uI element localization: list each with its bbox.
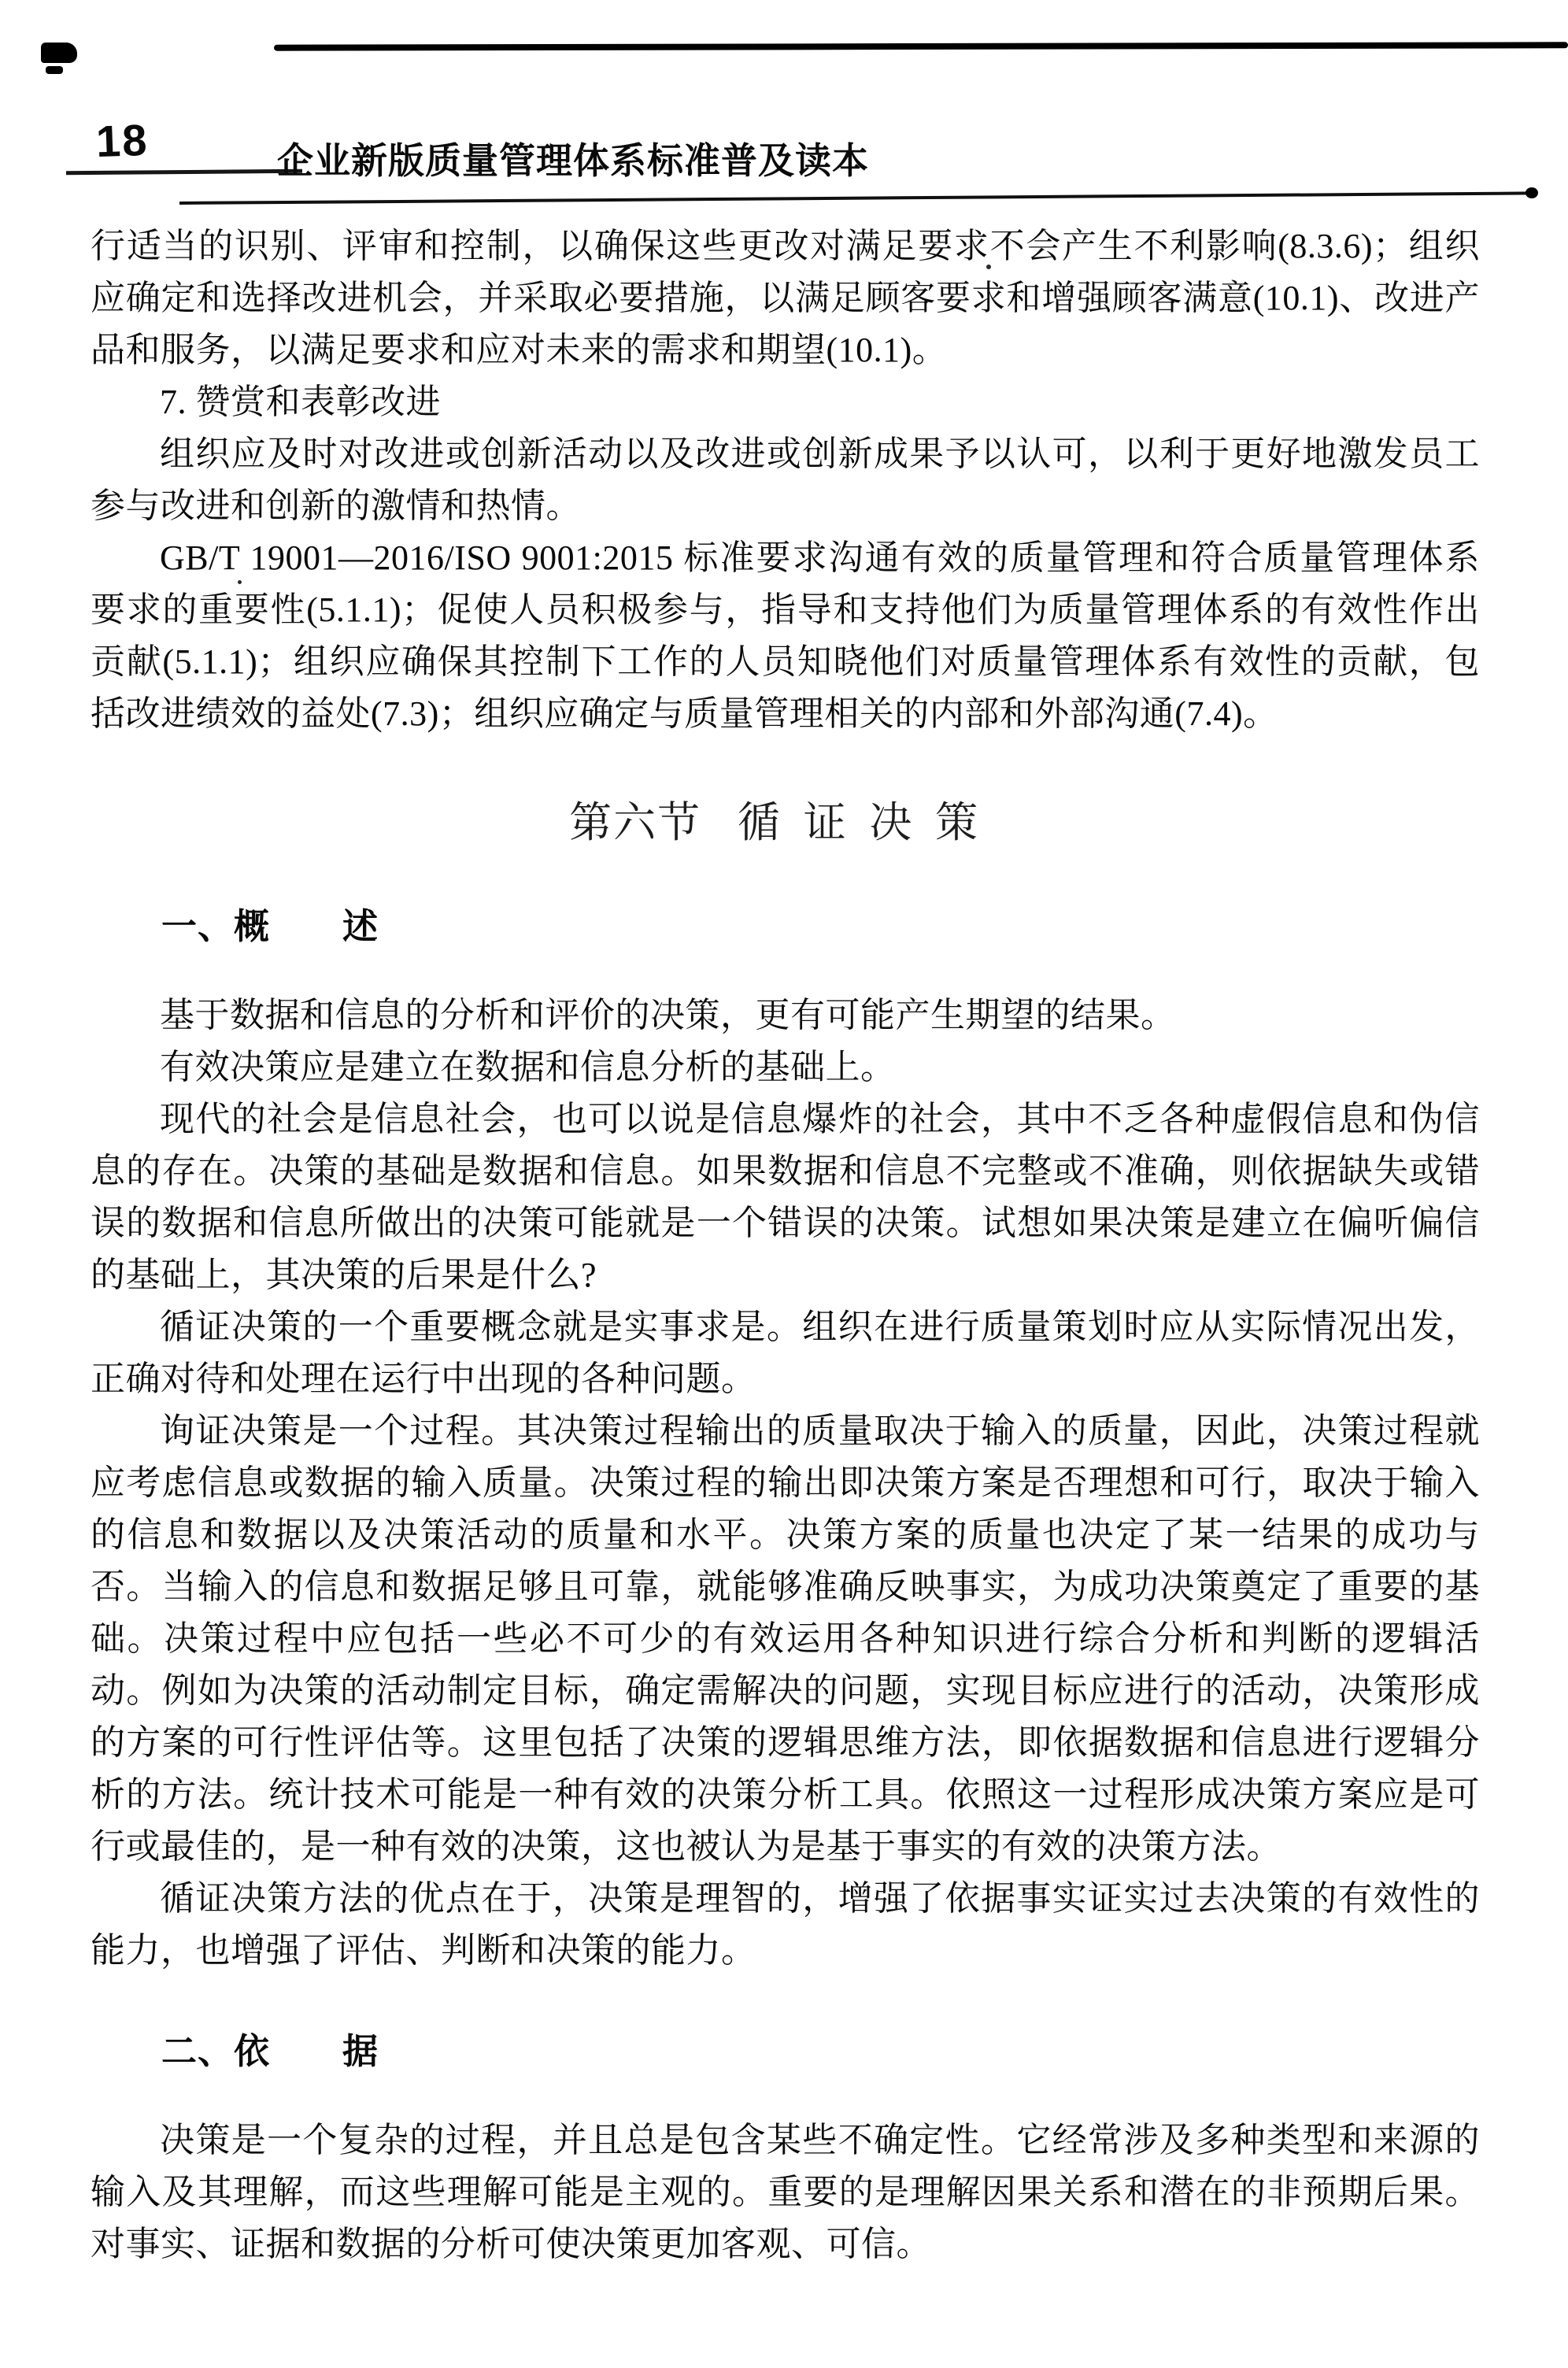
paragraph: 循证决策的一个重要概念就是实事求是。组织在进行质量策划时应从实际情况出发，正确对… [91,1301,1480,1405]
paragraph-carryover: 行适当的识别、评审和控制，以确保这些更改对满足要求不会产生不利影响(8.3.6)… [91,220,1480,376]
paragraph-gbt-standard: GB/T 19001—2016/ISO 9001:2015 标准要求沟通有效的质… [91,532,1480,740]
subsection-heading-basis: 二、依 据 [161,2022,1480,2074]
paragraph: 有效决策应是建立在数据和信息分析的基础上。 [91,1042,1480,1093]
paragraph: 现代的社会是信息社会，也可以说是信息爆炸的社会，其中不乏各种虚假信息和伪信息的存… [91,1093,1480,1301]
paragraph: 组织应及时对改进或创新活动以及改进或创新成果予以认可，以利于更好地激发员工参与改… [91,428,1480,532]
subsection-heading-overview: 一、概 述 [161,897,1480,949]
paragraph: 决策是一个复杂的过程，并且总是包含某些不确定性。它经常涉及多种类型和来源的输入及… [91,2115,1480,2270]
paragraph: 循证决策方法的优点在于，决策是理智的，增强了依据事实证实过去决策的有效性的能力，… [91,1873,1480,1977]
book-page: 18 企业新版质量管理体系标准普及读本 行适当的识别、评审和控制，以确保这些更改… [0,0,1568,2368]
section-title: 循证决策 [738,799,1001,846]
section-heading: 第六节循证决策 [91,789,1480,852]
paragraph: 询证决策是一个过程。其决策过程输出的质量取决于输入的质量，因此，决策过程就应考虑… [91,1405,1480,1873]
list-item-7-heading: 7. 赞赏和表彰改进 [91,376,1480,428]
section-label: 第六节 [569,799,701,846]
paragraph: 基于数据和信息的分析和评价的决策，更有可能产生期望的结果。 [91,990,1480,1042]
page-body: 行适当的识别、评审和控制，以确保这些更改对满足要求不会产生不利影响(8.3.6)… [0,0,1568,2270]
